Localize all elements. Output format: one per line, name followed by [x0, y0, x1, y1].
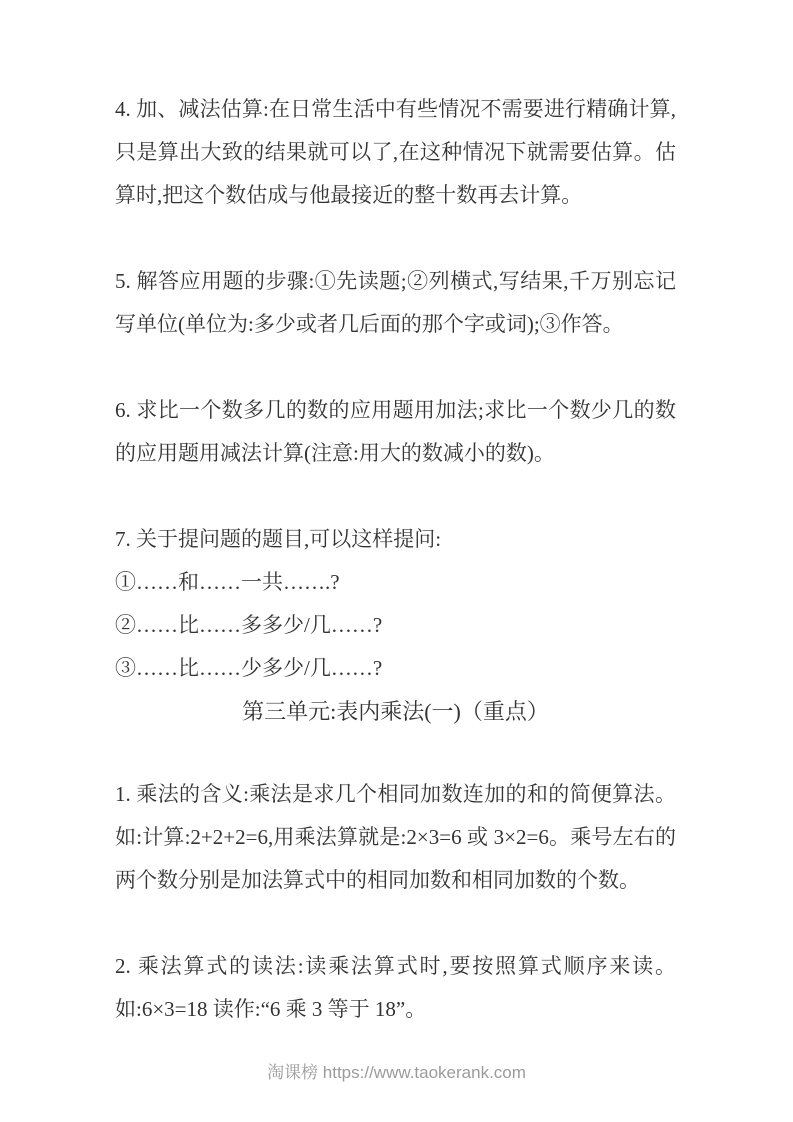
- page-footer: 淘课榜 https://www.taokerank.com: [0, 1060, 793, 1086]
- footer-watermark-url: 淘课榜 https://www.taokerank.com: [267, 1063, 526, 1082]
- question-pattern-2: ②……比……多多少/几……?: [115, 604, 676, 647]
- note-mult-item-1-meaning: 1. 乘法的含义:乘法是求几个相同加数连加的和的简便算法。如:计算:2+2+2=…: [115, 773, 676, 902]
- note-item-7-intro: 7. 关于提问题的题目,可以这样提问:: [115, 518, 676, 561]
- document-page: 4. 加、减法估算:在日常生活中有些情况不需要进行精确计算,只是算出大致的结果就…: [0, 0, 793, 1122]
- note-item-7-question-patterns: 7. 关于提问题的题目,可以这样提问: ①……和……一共…….? ②……比……多…: [115, 518, 676, 690]
- section-heading-unit3: 第三单元:表内乘法(一)（重点）: [115, 690, 676, 733]
- note-item-5-word-problem-steps: 5. 解答应用题的步骤:①先读题;②列横式,写结果,千万别忘记写单位(单位为:多…: [115, 260, 676, 346]
- note-item-6-add-subtract-rule: 6. 求比一个数多几的数的应用题用加法;求比一个数少几的数的应用题用减法计算(注…: [115, 389, 676, 475]
- question-pattern-3: ③……比……少多少/几……?: [115, 647, 676, 690]
- note-mult-item-2-reading: 2. 乘法算式的读法:读乘法算式时,要按照算式顺序来读。如:6×3=18 读作:…: [115, 945, 676, 1031]
- document-body: 4. 加、减法估算:在日常生活中有些情况不需要进行精确计算,只是算出大致的结果就…: [115, 88, 676, 1074]
- note-item-4-estimation: 4. 加、减法估算:在日常生活中有些情况不需要进行精确计算,只是算出大致的结果就…: [115, 88, 676, 217]
- question-pattern-1: ①……和……一共…….?: [115, 561, 676, 604]
